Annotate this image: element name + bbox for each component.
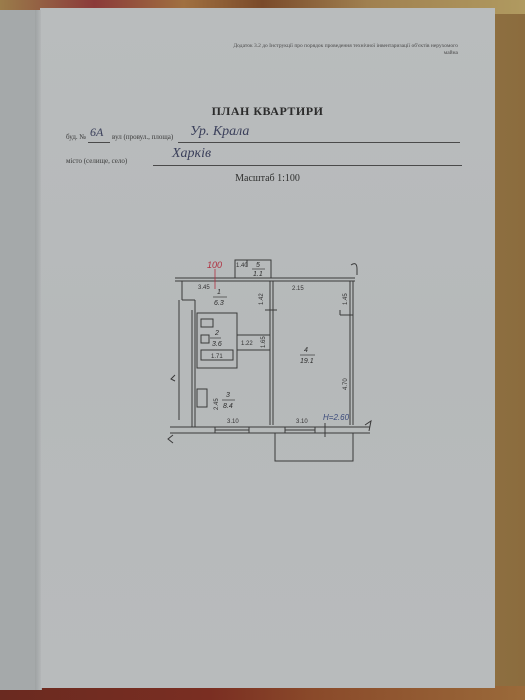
dim-kitchen-width: 3.10	[227, 419, 239, 425]
room-5-number: 5	[256, 262, 260, 269]
city-value: Харків	[172, 146, 211, 162]
dim-living-bottom-width: 3.10	[296, 419, 308, 425]
building-label: буд. №	[66, 133, 86, 141]
room-2-area: 3.6	[212, 341, 222, 348]
room-4-number: 4	[304, 347, 308, 354]
document-title: ПЛАН КВАРТИРИ	[40, 104, 495, 119]
dim-corridor-width: 1.22	[241, 341, 253, 347]
floor-plan-drawing: 100 1 6.3 2 3.6 3 8.4 4 19.1 5 1.1 3.45 …	[165, 255, 380, 465]
room-3-area: 8.4	[223, 403, 233, 410]
dim-living-top-depth: 1.45	[343, 293, 349, 305]
city-line	[153, 165, 462, 166]
room-4-area: 19.1	[300, 358, 314, 365]
plan-marker-number: 100	[207, 260, 222, 270]
scale-label: Масштаб 1:100	[40, 173, 495, 184]
dim-hall-depth: 1.42	[259, 293, 265, 305]
background-bottom-edge	[0, 686, 525, 700]
dim-living-depth: 4.70	[343, 378, 349, 390]
room-2-number: 2	[214, 330, 219, 337]
room-5-area: 1.1	[253, 271, 263, 278]
street-label: вул (провул., площа)	[112, 133, 173, 141]
room-1-number: 1	[217, 289, 221, 296]
room-1-area: 6.3	[214, 300, 224, 307]
room-3-number: 3	[226, 392, 230, 399]
annex-note: Додаток 3.2 до Інструкції про порядок пр…	[228, 43, 458, 57]
ceiling-height: Н=2.60	[323, 413, 350, 422]
street-line	[178, 142, 460, 143]
dim-bath-fixture: 1.71	[211, 354, 223, 360]
street-value: Ур. Крала	[190, 124, 249, 140]
dim-storage-width: 1.40	[236, 263, 248, 269]
dim-hall-width: 3.45	[198, 285, 210, 291]
floor-plan: 100 1 6.3 2 3.6 3 8.4 4 19.1 5 1.1 3.45 …	[165, 255, 380, 465]
dim-corridor-depth: 1.65	[261, 336, 267, 348]
building-number-line	[88, 142, 110, 143]
dim-living-width: 2.15	[292, 286, 304, 292]
building-number-value: 6А	[90, 125, 103, 140]
dim-kitchen-depth: 2.45	[214, 398, 220, 410]
city-label: місто (селище, село)	[66, 157, 127, 165]
